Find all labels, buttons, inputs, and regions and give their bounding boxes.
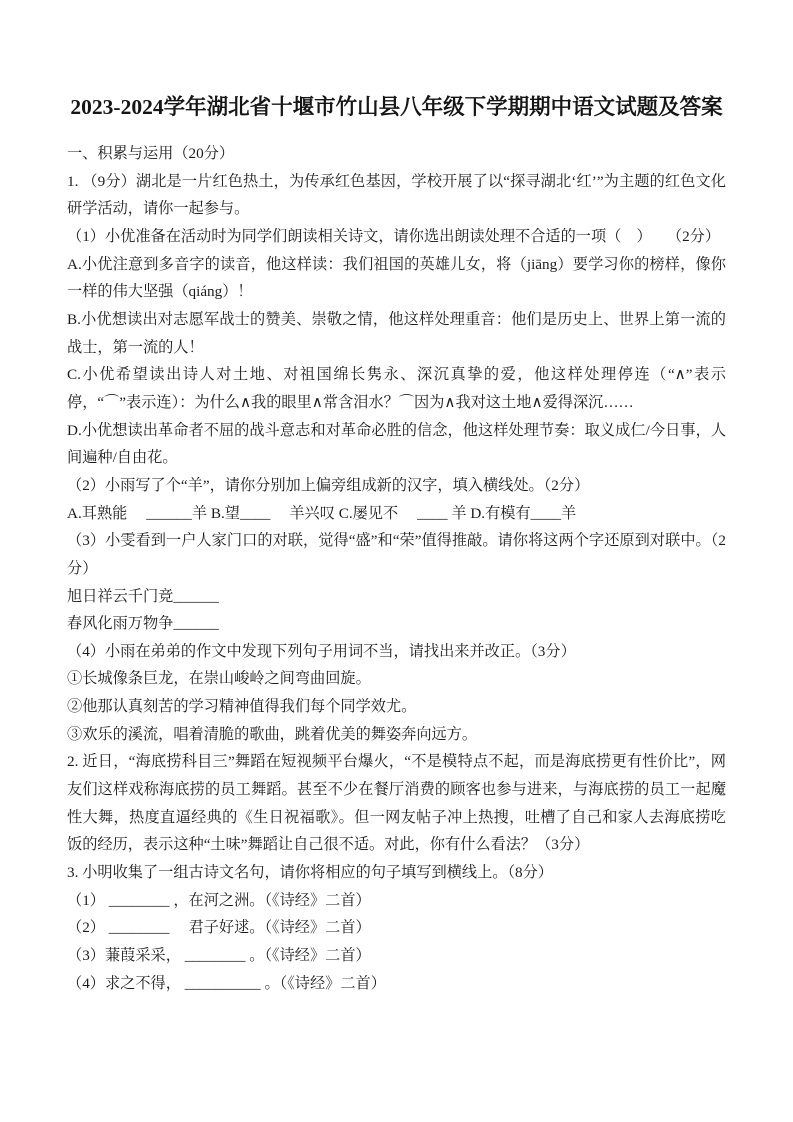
question-2-text: 2. 近日，“海底捞科目三”舞蹈在短视频平台爆火，“不是模特点不起，而是海底捞更… — [67, 748, 726, 859]
question-3-item-1: （1） ________ ，在河之洲。（《诗经》二首） — [67, 887, 726, 915]
question-1-part-3-couplet-line-2: 春风化雨万物争______ — [67, 610, 726, 638]
question-3-item-4: （4）求之不得， __________ 。（《诗经》二首） — [67, 970, 726, 998]
question-3-item-2: （2） ________ 君子好逑。（《诗经》二首） — [67, 914, 726, 942]
exam-document-page: 2023-2024学年湖北省十堰市竹山县八年级下学期期中语文试题及答案 一、积累… — [0, 0, 793, 1122]
question-3-item-3: （3）蒹葭采采， ________ 。（《诗经》二首） — [67, 942, 726, 970]
document-title: 2023-2024学年湖北省十堰市竹山县八年级下学期期中语文试题及答案 — [67, 84, 726, 130]
question-1-part-3-couplet-line-1: 旭日祥云千门竞______ — [67, 583, 726, 611]
question-1-part-1-option-c: C.小优希望读出诗人对土地、对祖国绵长隽永、深沉真挚的爱，他这样处理停连（“∧”… — [67, 361, 726, 416]
question-1-part-2-fill-blank-options: A.耳熟能 ______羊 B.望____ 羊兴叹 C.屡见不 ____ 羊 D… — [67, 500, 726, 528]
question-1-part-1-option-d: D.小优想读出革命者不屈的战斗意志和对革命必胜的信念，他这样处理节奏：取义成仁/… — [67, 417, 726, 472]
question-1-part-1-prompt: （1）小优准备在活动时为同学们朗读相关诗文，请你选出朗读处理不合适的一项（ ） … — [67, 223, 726, 251]
section-1-heading: 一、积累与运用（20分） — [67, 140, 726, 168]
question-1-part-3-prompt: （3）小雯看到一户人家门口的对联，觉得“盛”和“荣”值得推敲。请你将这两个字还原… — [67, 527, 726, 582]
question-1-part-1-option-a: A.小优注意到多音字的读音，他这样读：我们祖国的英雄儿女，将（jiāng）要学习… — [67, 251, 726, 306]
question-1-part-4-sentence-3: ③欢乐的溪流，唱着清脆的歌曲，跳着优美的舞姿奔向远方。 — [67, 721, 726, 749]
question-1-part-4-prompt: （4）小雨在弟弟的作文中发现下列句子用词不当，请找出来并改正。（3分） — [67, 638, 726, 666]
question-1-intro: 1. （9分）湖北是一片红色热土，为传承红色基因，学校开展了以“探寻湖北‘红’”… — [67, 168, 726, 223]
question-1-part-2-prompt: （2）小雨写了个“羊”，请你分别加上偏旁组成新的汉字，填入横线处。（2分） — [67, 472, 726, 500]
question-1-part-1-option-b: B.小优想读出对志愿军战士的赞美、崇敬之情，他这样处理重音：他们是历史上、世界上… — [67, 306, 726, 361]
question-1-part-4-sentence-1: ①长城像条巨龙，在崇山峻岭之间弯曲回旋。 — [67, 665, 726, 693]
question-3-prompt: 3. 小明收集了一组古诗文名句，请你将相应的句子填写到横线上。（8分） — [67, 859, 726, 887]
question-1-part-4-sentence-2: ②他那认真刻苦的学习精神值得我们每个同学效尤。 — [67, 693, 726, 721]
